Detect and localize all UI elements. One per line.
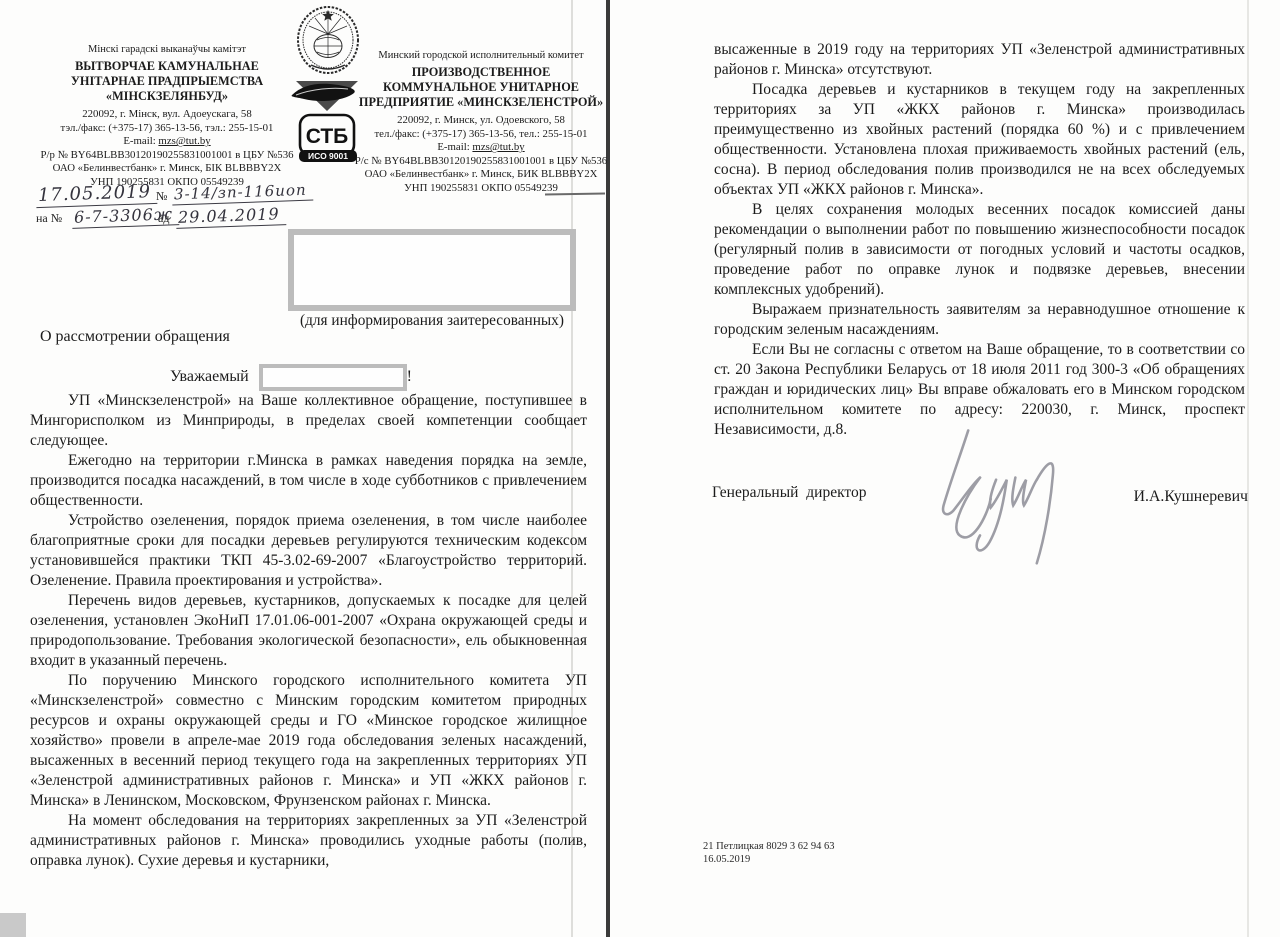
email-value: mzs@tut.by: [158, 135, 210, 147]
scanned-letter: Мінскі гарадскі выканаўчы камітэт ВЫТВОР…: [0, 0, 1280, 937]
body-paragraph: Устройство озеленения, порядок приема оз…: [30, 511, 587, 591]
letterhead-right: Минский городской исполнительный комитет…: [354, 50, 608, 196]
incoming-date-handwritten: 29.04.2019: [176, 204, 286, 229]
bank-line: ОАО «Белинвестбанк» г. Минск, БІК BLBBBY…: [40, 162, 294, 176]
email-line: E-mail: mzs@tut.by: [354, 141, 608, 155]
letterhead-left: Мінскі гарадскі выканаўчы камітэт ВЫТВОР…: [40, 44, 294, 190]
coat-of-arms-icon: [294, 4, 362, 81]
body-paragraph: Посадка деревьев и кустарников в текущем…: [714, 80, 1245, 200]
address-line: 220092, г. Минск, ул. Одоевского, 58: [354, 114, 608, 128]
executor-footer: 21 Петлицкая 8029 3 62 94 63 16.05.2019: [703, 840, 834, 866]
phone-line: тел./факс: (+375-17) 365-13-56, тел.: 25…: [354, 128, 608, 142]
subject-line: О рассмотрении обращения: [40, 328, 230, 346]
bank-line: ОАО «Белинвестбанк» г. Минск, БИК BLBBBY…: [354, 168, 608, 182]
stb-text: СТБ: [306, 125, 349, 148]
stb-iso9001-badge-icon: СТБ ИСО 9001: [297, 113, 359, 170]
email-label: E-mail:: [123, 135, 158, 147]
email-value: mzs@tut.by: [472, 141, 524, 153]
incoming-number-label: на №: [36, 211, 62, 226]
committee-name-by: Мінскі гарадскі выканаўчы камітэт: [40, 44, 294, 55]
signatory-title: Генеральный директор: [712, 484, 867, 502]
executor-line: 21 Петлицкая 8029 3 62 94 63: [703, 840, 834, 853]
salutation-line: Уважаемый!: [30, 364, 727, 391]
page2-body: высаженные в 2019 году на территориях УП…: [714, 40, 1245, 440]
salutation-suffix: !: [407, 368, 412, 385]
redacted-name-box: [259, 364, 407, 391]
body-paragraph: высаженные в 2019 году на территориях УП…: [714, 40, 1245, 80]
executor-date: 16.05.2019: [703, 853, 834, 866]
from-date-label: ад: [158, 211, 169, 226]
right-page-edge-line: [1247, 0, 1249, 937]
outgoing-date-handwritten: 17.05.2019: [36, 181, 158, 208]
body-paragraph: На момент обследования на территориях за…: [30, 811, 587, 871]
body-paragraph: Перечень видов деревьев, кустарников, до…: [30, 591, 587, 671]
signature-scribble: [915, 424, 1075, 579]
body-paragraph: УП «Минскзеленстрой» на Ваше коллективно…: [30, 391, 587, 451]
scan-corner-artifact: [0, 913, 26, 937]
outgoing-number-handwritten: 3-14/зп-116иоп: [172, 181, 313, 206]
account-line: Р/р № BY64BLBB30120190255831001001 в ЦБУ…: [40, 149, 294, 163]
org-name-ru: ПРОИЗВОДСТВЕННОЕ КОММУНАЛЬНОЕ УНИТАРНОЕ …: [354, 65, 608, 110]
address-line: 220092, г. Мінск, вул. Адоеускага, 58: [40, 108, 294, 122]
email-line: E-mail: mzs@tut.by: [40, 135, 294, 149]
reference-block: 17.05.2019 № 3-14/зп-116иоп на № 6-7-330…: [36, 183, 336, 233]
body-paragraph: Выражаем признательность заявителям за н…: [714, 300, 1245, 340]
unp-line: УНП 190255831 ОКПО 05549239: [354, 182, 608, 196]
iso9001-text: ИСО 9001: [308, 151, 348, 161]
number-sign-label: №: [156, 189, 167, 204]
email-label: E-mail:: [437, 141, 472, 153]
salutation-prefix: Уважаемый: [170, 368, 249, 385]
phone-line: тэл./факс: (+375-17) 365-13-56, тэл.: 25…: [40, 122, 294, 136]
committee-name-ru: Минский городской исполнительный комитет: [354, 50, 608, 61]
page1-body: УП «Минскзеленстрой» на Ваше коллективно…: [30, 391, 587, 871]
body-paragraph: Ежегодно на территории г.Минска в рамках…: [30, 451, 587, 511]
org-name-by: ВЫТВОРЧАЕ КАМУНАЛЬНАЕ УНІТАРНАЕ ПРАДПРЫЕ…: [40, 59, 294, 104]
redacted-recipient-box: [288, 229, 576, 311]
recipient-note: (для информирования заитересованных): [276, 312, 588, 330]
signatory-name: И.А.Кушнеревич: [1100, 488, 1248, 506]
account-line: Р/с № BY64BLBB30120190255831001001 в ЦБУ…: [354, 155, 608, 169]
body-paragraph: По поручению Минского городского исполни…: [30, 671, 587, 811]
body-paragraph: В целях сохранения молодых весенних поса…: [714, 200, 1245, 300]
